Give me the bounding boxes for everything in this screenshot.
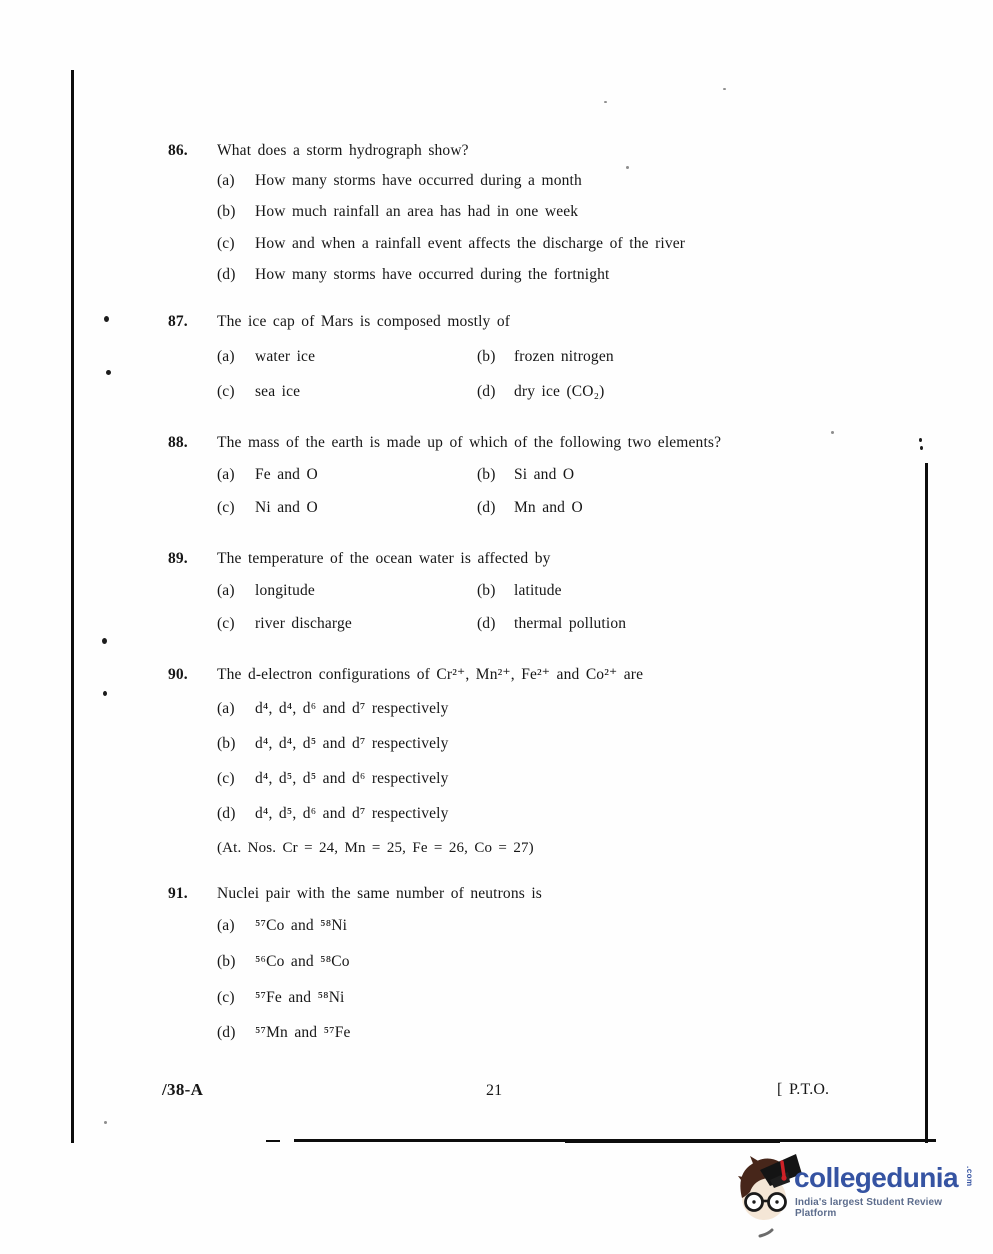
- option-label: (c): [217, 382, 255, 402]
- option-text: d⁴, d⁴, d⁵ and d⁷ respectively: [255, 735, 449, 752]
- scan-dot: [104, 316, 109, 322]
- scan-mark: [919, 438, 922, 442]
- scan-speck: [626, 166, 629, 169]
- scanned-exam-page: 86.What does a storm hydrograph show? (a…: [0, 0, 993, 1254]
- collegedunia-logo: collegedunia .com India's largest Studen…: [722, 1148, 982, 1248]
- option-label: (d): [477, 382, 514, 402]
- option-text: d⁴, d⁴, d⁶ and d⁷ respectively: [255, 700, 449, 717]
- option-text: Mn and O: [514, 499, 583, 516]
- option-label: (a): [217, 465, 255, 485]
- left-border-line: [71, 70, 74, 1143]
- option-text: ⁵⁶Co and ⁵⁸Co: [255, 953, 350, 970]
- question-91-option-d: (d)⁵⁷Mn and ⁵⁷Fe: [217, 1023, 351, 1043]
- question-90-text: The d-electron configurations of Cr²⁺, M…: [217, 666, 643, 683]
- option-text: How many storms have occurred during a m…: [255, 172, 582, 189]
- question-89-option-c: (c)river discharge: [217, 614, 352, 634]
- question-90-note: (At. Nos. Cr = 24, Mn = 25, Fe = 26, Co …: [217, 838, 534, 858]
- question-87: 87.The ice cap of Mars is composed mostl…: [168, 312, 510, 332]
- question-90: 90.The d-electron configurations of Cr²⁺…: [168, 665, 643, 685]
- option-label: (c): [217, 614, 255, 634]
- option-text: ⁵⁷Mn and ⁵⁷Fe: [255, 1024, 351, 1041]
- question-88-number: 88.: [168, 433, 217, 453]
- option-text: sea ice: [255, 383, 300, 400]
- question-87-option-b: (b)frozen nitrogen: [477, 347, 614, 367]
- option-label: (c): [217, 769, 255, 789]
- atomic-numbers-note: (At. Nos. Cr = 24, Mn = 25, Fe = 26, Co …: [217, 840, 534, 856]
- question-90-option-a: (a)d⁴, d⁴, d⁶ and d⁷ respectively: [217, 699, 449, 719]
- question-87-option-d: (d)dry ice (CO₂): [477, 382, 605, 402]
- question-89-text: The temperature of the ocean water is af…: [217, 550, 551, 567]
- question-89: 89.The temperature of the ocean water is…: [168, 549, 551, 569]
- question-91-option-b: (b)⁵⁶Co and ⁵⁸Co: [217, 952, 350, 972]
- question-90-option-c: (c)d⁴, d⁵, d⁵ and d⁶ respectively: [217, 769, 449, 789]
- option-label: (a): [217, 171, 255, 191]
- option-text: Ni and O: [255, 499, 318, 516]
- option-text: d⁴, d⁵, d⁵ and d⁶ respectively: [255, 770, 449, 787]
- question-86-number: 86.: [168, 141, 217, 161]
- bottom-border-dash: [266, 1140, 280, 1142]
- option-label: (c): [217, 234, 255, 254]
- question-91-number: 91.: [168, 884, 217, 904]
- option-label: (a): [217, 347, 255, 367]
- option-text: Si and O: [514, 466, 574, 483]
- question-88-text: The mass of the earth is made up of whic…: [217, 434, 721, 451]
- option-text: latitude: [514, 582, 562, 599]
- option-label: (c): [217, 498, 255, 518]
- question-89-option-b: (b)latitude: [477, 581, 562, 601]
- option-text: How and when a rainfall event affects th…: [255, 235, 685, 252]
- question-91-option-c: (c)⁵⁷Fe and ⁵⁸Ni: [217, 988, 345, 1008]
- option-label: (a): [217, 581, 255, 601]
- option-label: (a): [217, 699, 255, 719]
- option-label: (d): [477, 614, 514, 634]
- scan-speck: [831, 431, 834, 434]
- scan-speck: [104, 1121, 107, 1124]
- scan-dot: [103, 691, 107, 696]
- collegedunia-brand-text: collegedunia: [794, 1162, 958, 1194]
- collegedunia-mascot-icon: [730, 1150, 802, 1248]
- question-91: 91.Nuclei pair with the same number of n…: [168, 884, 542, 904]
- scan-dot: [102, 638, 107, 644]
- option-text: frozen nitrogen: [514, 348, 614, 365]
- collegedunia-tld-text: .com: [965, 1166, 974, 1187]
- option-label: (c): [217, 988, 255, 1008]
- bottom-border-thick-segment: [565, 1139, 780, 1143]
- option-text: d⁴, d⁵, d⁶ and d⁷ respectively: [255, 805, 449, 822]
- question-88-option-a: (a)Fe and O: [217, 465, 318, 485]
- option-label: (a): [217, 916, 255, 936]
- footer-page-number: 21: [486, 1081, 502, 1101]
- option-text: water ice: [255, 348, 315, 365]
- question-86-option-a: (a)How many storms have occurred during …: [217, 171, 582, 191]
- option-text: dry ice (CO₂): [514, 383, 605, 400]
- question-86-option-b: (b)How much rainfall an area has had in …: [217, 202, 578, 222]
- option-text: Fe and O: [255, 466, 318, 483]
- question-87-option-c: (c)sea ice: [217, 382, 300, 402]
- question-90-number: 90.: [168, 665, 217, 685]
- scan-speck: [723, 88, 726, 90]
- collegedunia-tagline: India's largest Student Review Platform: [795, 1197, 982, 1219]
- question-86-option-d: (d)How many storms have occurred during …: [217, 265, 609, 285]
- scan-mark: [920, 446, 923, 450]
- question-91-text: Nuclei pair with the same number of neut…: [217, 885, 542, 902]
- question-86-text: What does a storm hydrograph show?: [217, 142, 469, 159]
- question-88-option-c: (c)Ni and O: [217, 498, 318, 518]
- question-86: 86.What does a storm hydrograph show?: [168, 141, 469, 161]
- footer-paper-code: /38-A: [162, 1080, 203, 1100]
- option-text: river discharge: [255, 615, 352, 632]
- option-label: (b): [217, 952, 255, 972]
- question-88-option-b: (b)Si and O: [477, 465, 574, 485]
- question-90-option-b: (b)d⁴, d⁴, d⁵ and d⁷ respectively: [217, 734, 449, 754]
- question-89-number: 89.: [168, 549, 217, 569]
- question-87-option-a: (a)water ice: [217, 347, 315, 367]
- footer-pto-label: [ P.T.O.: [777, 1080, 829, 1100]
- option-text: ⁵⁷Co and ⁵⁸Ni: [255, 917, 347, 934]
- option-label: (b): [477, 465, 514, 485]
- option-label: (b): [217, 734, 255, 754]
- question-87-text: The ice cap of Mars is composed mostly o…: [217, 313, 510, 330]
- option-label: (d): [477, 498, 514, 518]
- option-label: (b): [217, 202, 255, 222]
- question-86-option-c: (c)How and when a rainfall event affects…: [217, 234, 685, 254]
- option-label: (b): [477, 347, 514, 367]
- option-label: (d): [217, 1023, 255, 1043]
- question-90-option-d: (d)d⁴, d⁵, d⁶ and d⁷ respectively: [217, 804, 449, 824]
- scan-dot: [106, 370, 111, 375]
- scan-speck: [604, 101, 607, 103]
- option-label: (d): [217, 265, 255, 285]
- option-label: (d): [217, 804, 255, 824]
- option-text: ⁵⁷Fe and ⁵⁸Ni: [255, 989, 345, 1006]
- option-text: How many storms have occurred during the…: [255, 266, 609, 283]
- option-text: How much rainfall an area has had in one…: [255, 203, 578, 220]
- question-89-option-a: (a)longitude: [217, 581, 315, 601]
- option-text: thermal pollution: [514, 615, 626, 632]
- question-89-option-d: (d)thermal pollution: [477, 614, 626, 634]
- option-text: longitude: [255, 582, 315, 599]
- question-88: 88.The mass of the earth is made up of w…: [168, 433, 721, 453]
- question-91-option-a: (a)⁵⁷Co and ⁵⁸Ni: [217, 916, 347, 936]
- question-88-option-d: (d)Mn and O: [477, 498, 583, 518]
- option-label: (b): [477, 581, 514, 601]
- question-87-number: 87.: [168, 312, 217, 332]
- right-border-line: [925, 463, 928, 1143]
